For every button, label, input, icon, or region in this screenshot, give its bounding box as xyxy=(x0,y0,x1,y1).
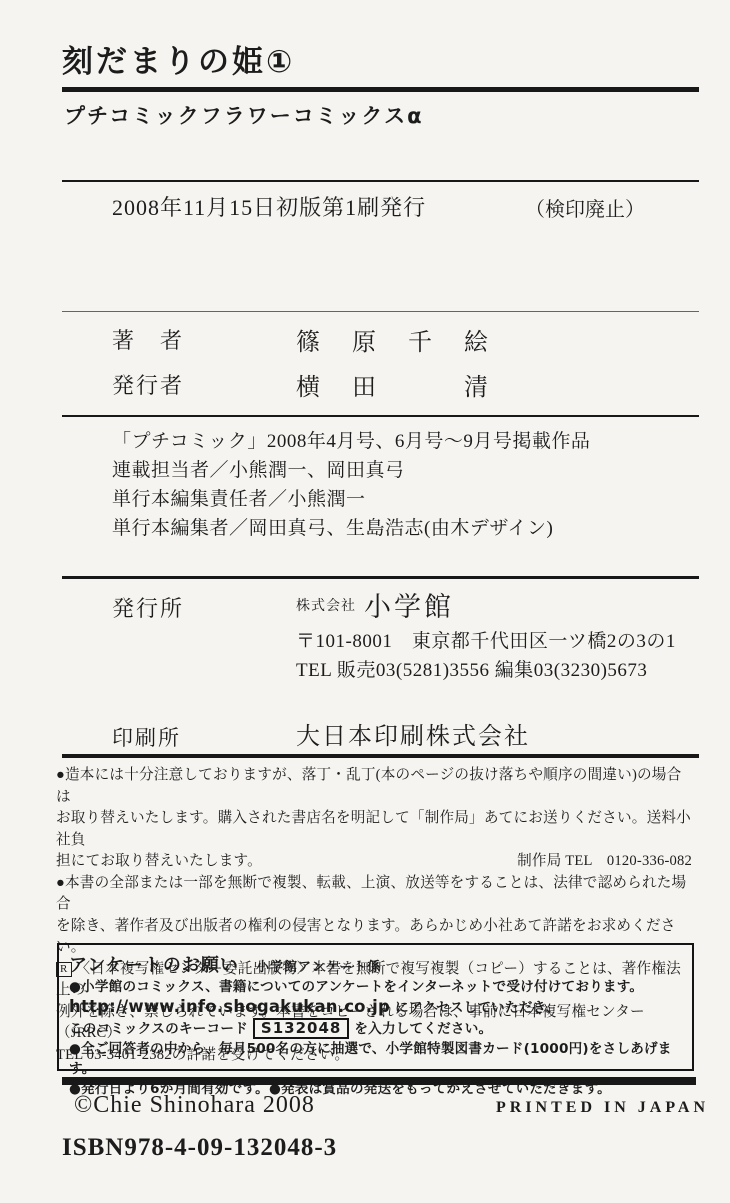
legal-line-left: 担にてお取り替えいたします。 xyxy=(56,851,262,873)
legal-line: お取り替えいたします。購入された書店名を明記して「制作局」あてにお送りください。… xyxy=(56,808,692,851)
colophon-page: 刻だまりの姫① プチコミックフラワーコミックスα 2008年11月15日初版第1… xyxy=(0,0,730,1203)
divider-above-credits xyxy=(62,311,699,312)
serialization-block: 「プチコミック」2008年4月号、6月号～9月号掲載作品 連載担当者／小熊潤一、… xyxy=(112,427,590,543)
survey-heading-sub: 小学館アンケート係 xyxy=(256,960,381,975)
divider-above-publisher xyxy=(62,576,699,579)
publisher-address: 〒101-8001 東京都千代田区一ツ橋2の3の1 xyxy=(296,626,676,653)
keycode-suffix: を入力してください。 xyxy=(354,1021,492,1037)
survey-url: http://www.info.shogakukan.co.jp xyxy=(69,997,390,1016)
survey-prize-line: ●全ご回答者の中から、毎月500名の方に抽選で、小学館特製図書カード(1000円… xyxy=(69,1039,682,1079)
title-underline xyxy=(62,87,699,92)
divider-above-edition xyxy=(62,180,699,182)
author-label: 著 者 xyxy=(112,324,184,355)
survey-url-suffix: にアクセスしていただき、 xyxy=(390,1000,560,1016)
publisher-label: 発行所 xyxy=(112,592,184,623)
isbn-number: ISBN978-4-09-132048-3 xyxy=(62,1134,337,1162)
legal-line: ●本書の全部または一部を無断で複製、転載、上演、放送等をすることは、法律で認めら… xyxy=(56,873,692,916)
copyright-line: ©Chie Shinohara 2008 xyxy=(74,1092,315,1119)
legal-line: ●造本には十分注意しておりますが、落丁・乱丁(本のページの抜け落ちや順序の間違い… xyxy=(56,765,692,808)
serialization-source: 「プチコミック」2008年4月号、6月号～9月号掲載作品 xyxy=(112,427,590,456)
edition-line: 2008年11月15日初版第1刷発行 xyxy=(112,191,426,222)
survey-header-row: アンケートのお願い 小学館アンケート係 xyxy=(69,951,682,977)
survey-keycode-line: このコミックスのキーコードS132048を入力してください。 xyxy=(69,1018,682,1039)
printed-in-japan: PRINTED IN JAPAN xyxy=(496,1099,709,1117)
production-dept-phone: 制作局 TEL 0120-336-082 xyxy=(517,851,692,873)
series-label: プチコミックフラワーコミックスα xyxy=(64,100,424,130)
issuer-label: 発行者 xyxy=(112,369,184,400)
keycode-value: S132048 xyxy=(253,1018,349,1039)
survey-box: アンケートのお願い 小学館アンケート係 ●小学館のコミックス、書籍についてのアン… xyxy=(57,943,694,1071)
inspection-note: （検印廃止） xyxy=(525,193,645,222)
tankobon-chief-editor: 単行本編集責任者／小熊潤一 xyxy=(112,485,590,514)
keycode-prefix: このコミックスのキーコード xyxy=(69,1021,248,1037)
survey-url-line: http://www.info.shogakukan.co.jp にアクセスして… xyxy=(69,997,682,1018)
publisher-name-row: 株式会社小学館 xyxy=(296,585,454,624)
survey-heading: アンケートのお願い xyxy=(69,955,239,976)
printer-name: 大日本印刷株式会社 xyxy=(296,716,530,751)
survey-intro-line: ●小学館のコミックス、書籍についてのアンケートをインターネットで受け付けておりま… xyxy=(69,977,682,997)
tankobon-editors: 単行本編集者／岡田真弓、生島浩志(由木デザイン) xyxy=(112,514,590,543)
book-title: 刻だまりの姫① xyxy=(62,36,295,81)
divider-above-serialization xyxy=(62,415,699,417)
author-name: 篠 原 千 絵 xyxy=(296,322,492,357)
legal-line-with-contact: 担にてお取り替えいたします。 制作局 TEL 0120-336-082 xyxy=(56,851,692,873)
serialization-editors: 連載担当者／小熊潤一、岡田真弓 xyxy=(112,456,590,485)
printer-label: 印刷所 xyxy=(112,722,181,752)
bottom-thick-bar xyxy=(62,1077,696,1085)
divider-above-legal xyxy=(62,754,699,758)
publisher-phone: TEL 販売03(5281)3556 編集03(3230)5673 xyxy=(296,655,647,682)
publisher-corp-prefix: 株式会社 xyxy=(296,599,356,614)
publisher-name: 小学館 xyxy=(364,592,454,622)
issuer-name: 横 田 清 xyxy=(296,367,492,402)
